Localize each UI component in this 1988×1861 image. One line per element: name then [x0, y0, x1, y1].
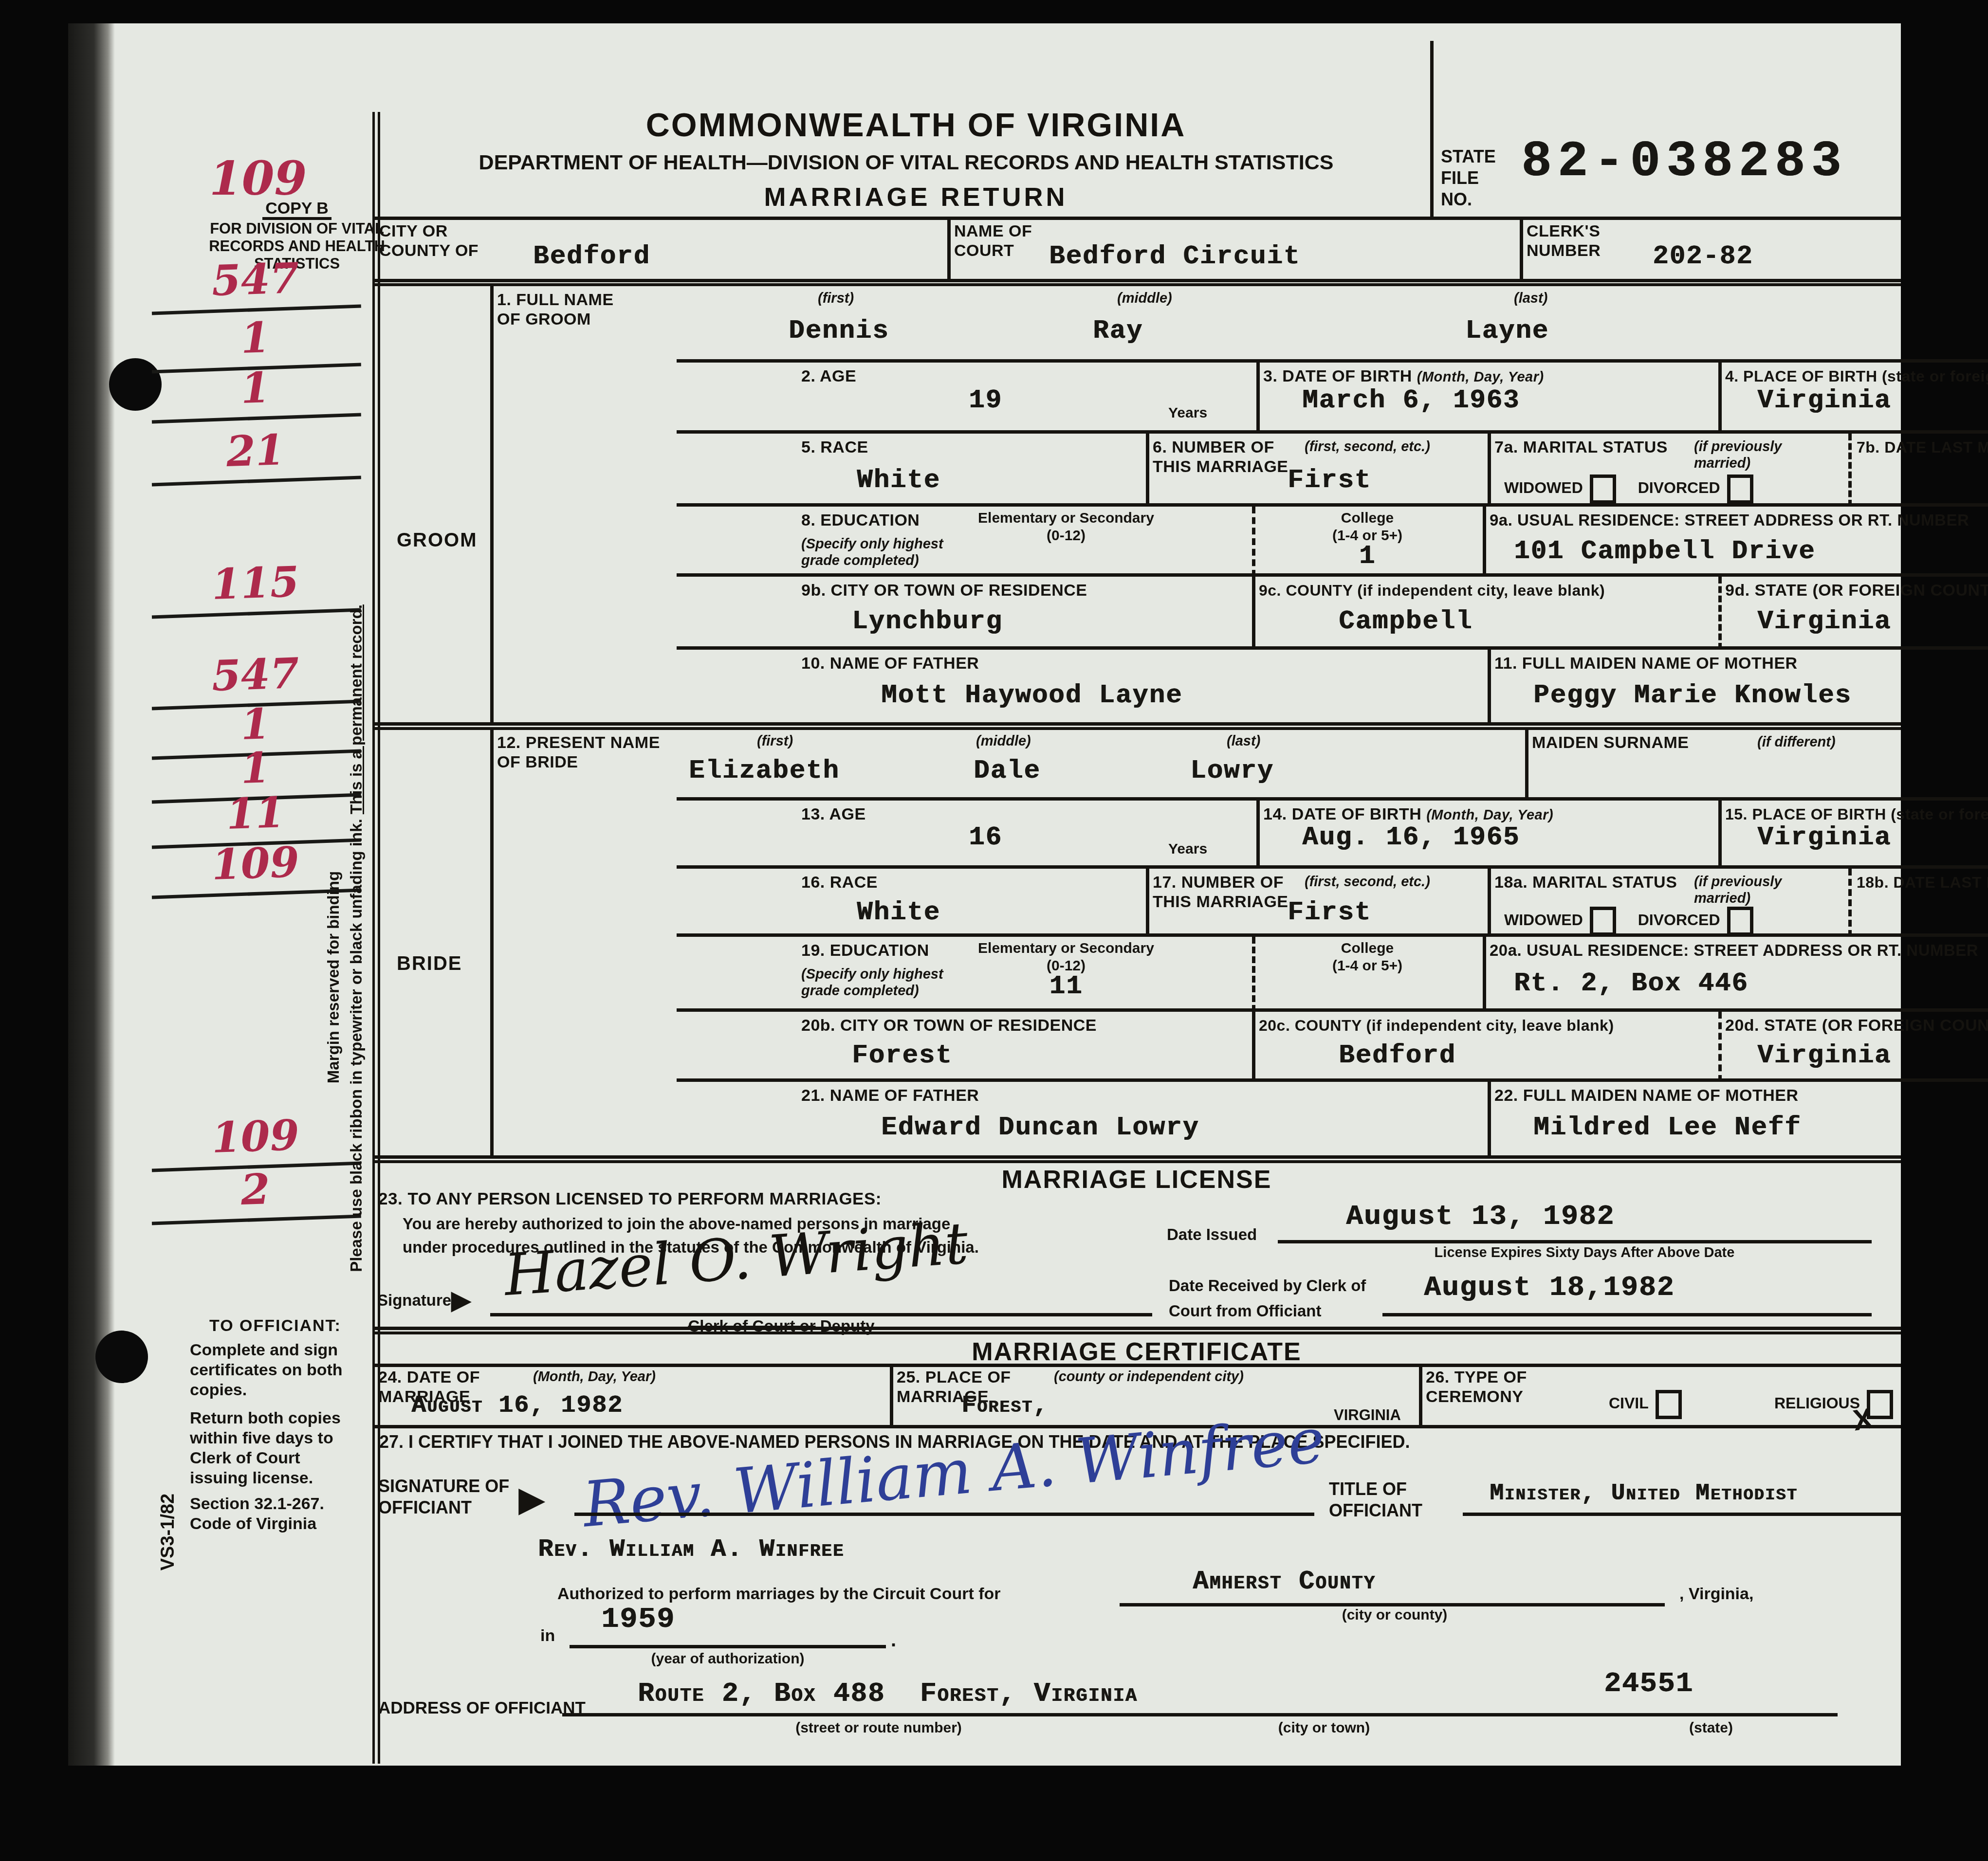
dob-sub-label: (Month, Day, Year) — [1426, 807, 1553, 823]
divorced-checkbox — [1727, 907, 1753, 936]
margin-number-top: 109 — [209, 151, 307, 206]
middle-label: (middle) — [1117, 290, 1172, 307]
field-label: 1. FULL NAME OF GROOM — [497, 290, 614, 329]
bride-city-row: 20b. CITY OR TOWN OF RESIDENCE Forest 20… — [677, 1008, 1988, 1082]
bride-mother-value: Mildred Lee Neff — [1533, 1113, 1801, 1143]
officiant-title-value: Minister, United Methodist — [1490, 1480, 1798, 1507]
state-label: 9d. STATE (OR FOREIGN COUNTRY) — [1725, 581, 1988, 600]
arrow-icon: ▶ — [451, 1286, 471, 1314]
divorced-label: DIVORCED — [1638, 479, 1720, 496]
widowed-checkbox — [1590, 907, 1616, 936]
binding-margin-note: Margin reserved for binding — [324, 871, 343, 1083]
ink-note: Please use black ribbon in typewriter or… — [347, 814, 365, 1272]
widowed-label: WIDOWED — [1504, 479, 1583, 496]
margin-number: 21 — [150, 423, 361, 487]
street-sub-label: (street or route number) — [742, 1720, 1015, 1736]
form-name: MARRIAGE RETURN — [402, 182, 1430, 212]
margin-number: 547 — [150, 252, 361, 315]
groom-parents-row: 10. NAME OF FATHER Mott Haywood Layne 11… — [677, 646, 1988, 726]
middle-label: (middle) — [976, 733, 1031, 749]
clerk-number-label: CLERK'S NUMBER — [1527, 221, 1601, 260]
groom-father-value: Mott Haywood Layne — [881, 681, 1182, 711]
code-reference: Section 32.1-267. Code of Virginia — [190, 1494, 365, 1534]
groom-race-value: White — [857, 466, 940, 495]
father-label: 10. NAME OF FATHER — [801, 654, 979, 673]
field-label: 12. PRESENT NAME OF BRIDE — [497, 733, 660, 772]
education-note: (Specify only highest grade completed) — [801, 966, 943, 999]
expires-note: License Expires Sixty Days After Above D… — [1297, 1245, 1872, 1261]
marital-status-sub: (if previously married) — [1694, 438, 1782, 472]
period: . — [891, 1629, 896, 1651]
ceremony-type-label: 26. TYPE OF CEREMONY — [1426, 1368, 1527, 1406]
pob-label: 15. PLACE OF BIRTH (state or foreign cou… — [1725, 804, 1988, 824]
elementary-range: (0-12) — [930, 527, 1202, 545]
marital-status-sub: (if previously married) — [1694, 874, 1782, 907]
groom-college-value: 1 — [1252, 542, 1483, 571]
double-rule — [372, 1155, 1901, 1163]
bride-residence-value: Rt. 2, Box 446 — [1514, 969, 1749, 999]
officiant-title-label: TITLE OF OFFICIANT — [1329, 1478, 1422, 1521]
margin-number: 1 — [150, 361, 361, 424]
date-issued-value: August 13, 1982 — [1346, 1201, 1615, 1233]
state-sub-label: (state) — [1662, 1720, 1760, 1736]
bride-marriage-number-value: First — [1288, 898, 1371, 928]
city-or-county-sub: (city or county) — [1244, 1607, 1546, 1624]
officiant-typed-name: Rev. William A. Winfree — [538, 1535, 844, 1564]
widowed-checkbox — [1590, 474, 1616, 504]
date-received-label: Date Received by Clerk of Court from Off… — [1169, 1273, 1366, 1324]
to-officiant-heading: TO OFFICIANT: — [209, 1316, 385, 1336]
authorization-year-value: 1959 — [601, 1603, 675, 1636]
place-of-marriage-sub: (county or independent city) — [1054, 1368, 1244, 1385]
age-label: 13. AGE — [801, 804, 866, 824]
last-marriage-ended-label: 7b. DATE LAST MARRIAGE ENDED — [1857, 438, 1988, 457]
groom-mother-value: Peggy Marie Knowles — [1533, 681, 1852, 711]
college-header: College — [1252, 510, 1483, 527]
divorced-checkbox — [1727, 474, 1753, 504]
age-label: 2. AGE — [801, 366, 856, 386]
date-of-marriage-value: August 16, 1982 — [411, 1392, 623, 1420]
place-of-marriage-value: Forest, — [961, 1392, 1049, 1420]
officiant-address-value: Route 2, Box 488 Forest, Virginia — [638, 1678, 1138, 1709]
civil-label: CIVIL — [1609, 1394, 1649, 1412]
groom-first-name: Dennis — [789, 316, 889, 346]
file-box-divider — [1430, 41, 1434, 217]
court-row: CITY OR COUNTY OF Bedford NAME OF COURT … — [372, 217, 1901, 279]
groom-city-value: Lynchburg — [852, 607, 1003, 637]
double-rule — [372, 1327, 1901, 1334]
date-received-value: August 18,1982 — [1424, 1272, 1675, 1304]
address-line — [562, 1713, 1838, 1716]
groom-dob-value: March 6, 1963 — [1302, 386, 1520, 416]
state-file-label: STATE FILE NO. — [1441, 146, 1496, 210]
state-file-number: 82-038283 — [1521, 133, 1847, 191]
groom-last-name: Layne — [1465, 316, 1549, 346]
bride-education-row: 19. EDUCATION (Specify only highest grad… — [677, 933, 1988, 1012]
civil-checkbox — [1656, 1390, 1682, 1419]
groom-city-row: 9b. CITY OR TOWN OF RESIDENCE Lynchburg … — [677, 573, 1988, 650]
permanent-record-note: This is a permanent record. — [347, 604, 365, 814]
groom-band-label: GROOM — [397, 529, 478, 551]
father-label: 21. NAME OF FATHER — [801, 1086, 979, 1105]
pob-label: 4. PLACE OF BIRTH (state or foreign coun… — [1725, 366, 1988, 386]
punch-hole — [95, 1331, 148, 1383]
college-header: College — [1252, 940, 1483, 957]
groom-race-row: 5. RACE White 6. NUMBER OF THIS MARRIAGE… — [677, 430, 1988, 507]
bride-last-name: Lowry — [1190, 756, 1274, 786]
place-state-label: VIRGINIA — [1334, 1406, 1401, 1424]
marriage-certificate-section: MARRIAGE CERTIFICATE 24. DATE OF MARRIAG… — [372, 1334, 1901, 1764]
county-label: 9c. COUNTY (if independent city, leave b… — [1259, 581, 1605, 600]
bride-state-value: Virginia — [1757, 1041, 1891, 1071]
address-of-officiant-label: ADDRESS OF OFFICIANT — [378, 1698, 586, 1718]
clerk-number-value: 202-82 — [1653, 242, 1753, 272]
date-received-line — [1382, 1313, 1872, 1316]
bride-pob-value: Virginia — [1757, 823, 1891, 853]
bride-middle-name: Dale — [974, 756, 1041, 786]
signature-label: Signature — [377, 1291, 451, 1309]
city-residence-label: 20b. CITY OR TOWN OF RESIDENCE — [801, 1016, 1097, 1035]
groom-pob-value: Virginia — [1757, 386, 1891, 416]
certificate-row: 24. DATE OF MARRIAGE (Month, Day, Year) … — [372, 1364, 1901, 1425]
race-label: 16. RACE — [801, 873, 878, 892]
signature-line — [490, 1313, 1152, 1316]
years-label: Years — [1168, 840, 1207, 858]
officiant-signature-label: SIGNATURE OF OFFICIANT — [378, 1476, 509, 1518]
marital-status-label: 18a. MARITAL STATUS — [1494, 873, 1677, 892]
elementary-header: Elementary or Secondary — [930, 510, 1202, 527]
maiden-surname-label: MAIDEN SURNAME — [1532, 733, 1689, 752]
groom-state-value: Virginia — [1757, 607, 1891, 637]
residence-label: 9a. USUAL RESIDENCE: STREET ADDRESS OR R… — [1490, 511, 1969, 530]
document-title: COMMONWEALTH OF VIRGINIA — [402, 106, 1430, 144]
groom-county-value: Campbell — [1339, 607, 1473, 637]
first-label: (first) — [757, 733, 793, 749]
date-issued-line — [1278, 1240, 1872, 1243]
marriage-number-sub: (first, second, etc.) — [1305, 874, 1430, 890]
document-subtitle: DEPARTMENT OF HEALTH—DIVISION OF VITAL R… — [382, 151, 1430, 175]
marriage-return-document: 109 COPY B FOR DIVISION OF VITAL RECORDS… — [68, 23, 1901, 1766]
authorized-text: Authorized to perform marriages by the C… — [557, 1585, 1001, 1604]
bride-race-value: White — [857, 898, 940, 928]
city-residence-label: 9b. CITY OR TOWN OF RESIDENCE — [801, 581, 1087, 600]
date-issued-label: Date Issued — [1167, 1225, 1257, 1244]
state-label: 20d. STATE (OR FOREIGN COUNTRY) — [1725, 1016, 1988, 1035]
religious-label: RELIGIOUS — [1774, 1394, 1860, 1412]
groom-age-value: 19 — [969, 386, 1002, 416]
marriage-number-label: 6. NUMBER OF THIS MARRIAGE — [1153, 438, 1289, 476]
bride-race-row: 16. RACE White 17. NUMBER OF THIS MARRIA… — [677, 865, 1988, 937]
groom-residence-value: 101 Campbell Drive — [1514, 537, 1815, 566]
marriage-number-label: 17. NUMBER OF THIS MARRIAGE — [1153, 873, 1289, 912]
license-item-label: 23. TO ANY PERSON LICENSED TO PERFORM MA… — [378, 1189, 882, 1209]
double-rule — [372, 722, 1901, 730]
groom-marriage-number-value: First — [1288, 466, 1371, 495]
mother-label: 11. FULL MAIDEN NAME OF MOTHER — [1494, 654, 1798, 673]
arrow-icon: ▶ — [518, 1478, 545, 1519]
race-label: 5. RACE — [801, 438, 868, 457]
college-range: (1-4 or 5+) — [1252, 957, 1483, 975]
authorized-suffix: , Virginia, — [1679, 1585, 1753, 1604]
bride-band-label: BRIDE — [397, 953, 462, 975]
marital-status-label: 7a. MARITAL STATUS — [1494, 438, 1668, 457]
court-name-label: NAME OF COURT — [954, 221, 1032, 260]
officiant-address-zip: 24551 — [1604, 1668, 1693, 1700]
form-code: VS3-1/82 — [158, 1494, 179, 1570]
officiant-signature-line — [574, 1513, 1314, 1516]
groom-birth-row: 2. AGE 19 Years 3. DATE OF BIRTH (Month,… — [677, 359, 1988, 434]
court-name-value: Bedford Circuit — [1049, 242, 1300, 272]
authorized-court-value: Amherst County — [1193, 1567, 1376, 1597]
last-label: (last) — [1227, 733, 1260, 749]
elementary-header: Elementary or Secondary — [930, 940, 1202, 957]
dob-sub-label: (Month, Day, Year) — [1417, 369, 1544, 385]
officiant-instruction-2: Return both copies within five days to C… — [190, 1408, 365, 1488]
copy-label: COPY B — [262, 200, 331, 220]
county-label: 20c. COUNTY (if independent city, leave … — [1259, 1016, 1614, 1035]
certificate-heading: MARRIAGE CERTIFICATE — [372, 1337, 1901, 1367]
dob-label: 3. DATE OF BIRTH — [1263, 367, 1412, 385]
mother-label: 22. FULL MAIDEN NAME OF MOTHER — [1494, 1086, 1799, 1105]
residence-label: 20a. USUAL RESIDENCE: STREET ADDRESS OR … — [1490, 941, 1978, 960]
maiden-surname-sub: (if different) — [1757, 734, 1836, 750]
last-label: (last) — [1514, 290, 1547, 307]
officiant-title-line — [1463, 1513, 1901, 1516]
bride-county-value: Bedford — [1339, 1041, 1456, 1071]
bride-elementary-value: 11 — [930, 972, 1202, 1002]
date-of-marriage-sub: (Month, Day, Year) — [533, 1368, 656, 1385]
groom-middle-name: Ray — [1093, 316, 1143, 346]
marriage-license-section: MARRIAGE LICENSE 23. TO ANY PERSON LICEN… — [372, 1163, 1901, 1327]
divorced-label: DIVORCED — [1638, 911, 1720, 929]
bride-age-value: 16 — [969, 823, 1002, 853]
first-label: (first) — [818, 290, 854, 307]
officiant-instruction-1: Complete and sign certificates on both c… — [190, 1340, 365, 1400]
year-line — [570, 1645, 886, 1648]
marriage-number-sub: (first, second, etc.) — [1305, 438, 1430, 455]
double-rule — [372, 279, 1901, 286]
years-label: Years — [1168, 404, 1207, 422]
city-sub-label: (city or town) — [1244, 1720, 1404, 1736]
bride-father-value: Edward Duncan Lowry — [881, 1113, 1199, 1143]
binding-edge — [68, 23, 115, 1766]
bride-name-row: 12. PRESENT NAME OF BRIDE (first) (middl… — [372, 730, 1901, 797]
authorized-line — [1120, 1603, 1665, 1606]
margin-number: 2 — [150, 1162, 361, 1225]
bride-dob-value: Aug. 16, 1965 — [1302, 823, 1520, 853]
year-of-authorization-sub: (year of authorization) — [582, 1651, 874, 1667]
education-label: 19. EDUCATION — [801, 941, 929, 960]
form-body: COMMONWEALTH OF VIRGINIA DEPARTMENT OF H… — [372, 23, 1901, 1764]
margin-number: 115 — [150, 556, 361, 619]
in-label: in — [540, 1626, 555, 1645]
groom-name-row: 1. FULL NAME OF GROOM (first) (middle) (… — [372, 286, 1901, 359]
bride-birth-row: 13. AGE 16 Years 14. DATE OF BIRTH (Mont… — [677, 797, 1988, 869]
groom-education-row: 8. EDUCATION (Specify only highest grade… — [677, 503, 1988, 577]
dob-label: 14. DATE OF BIRTH — [1263, 805, 1421, 823]
widowed-label: WIDOWED — [1504, 911, 1583, 929]
last-marriage-ended-label: 18b. DATE LAST MARRIAGE ENDED — [1857, 873, 1988, 892]
bride-city-value: Forest — [852, 1041, 952, 1071]
city-county-label: CITY OR COUNTY OF — [379, 221, 479, 260]
city-county-value: Bedford — [533, 242, 650, 272]
education-label: 8. EDUCATION — [801, 511, 920, 530]
education-note: (Specify only highest grade completed) — [801, 536, 943, 569]
bride-first-name: Elizabeth — [689, 756, 840, 786]
bride-parents-row: 21. NAME OF FATHER Edward Duncan Lowry 2… — [677, 1078, 1988, 1159]
